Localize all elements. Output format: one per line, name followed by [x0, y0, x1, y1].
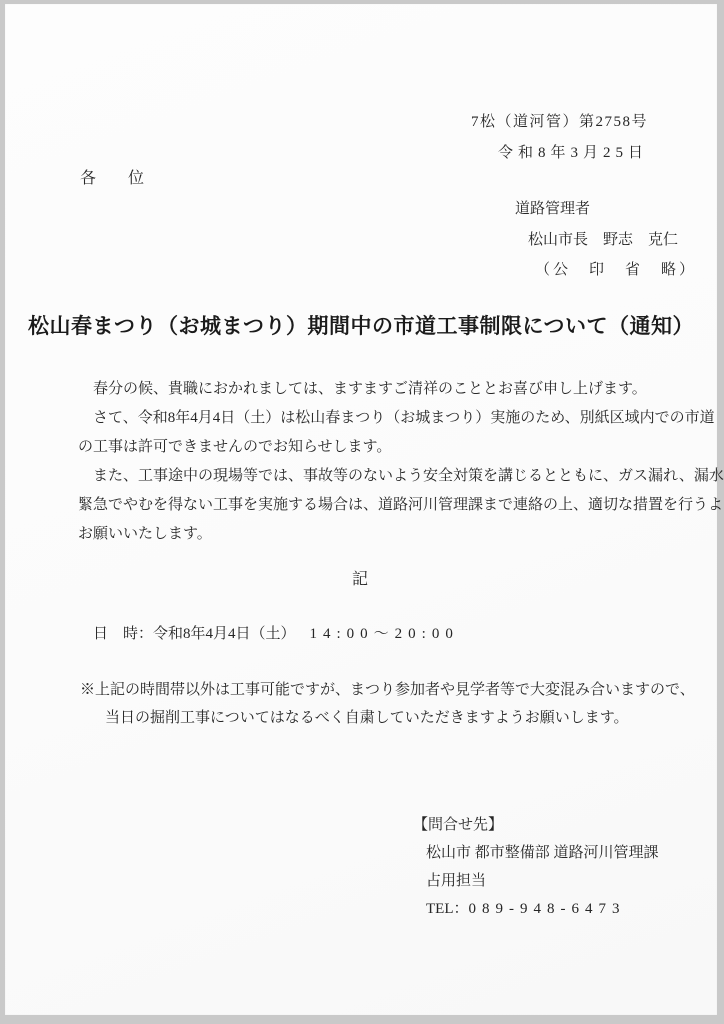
contact-heading: 【問合せ先】 [413, 816, 503, 835]
body-line: さて、令和8年4月4日（土）は松山春まつり（お城まつり）実施のため、別紙区域内で… [78, 404, 724, 433]
tel-label: TEL： [426, 901, 469, 917]
body-line: 春分の候、貴職におかれましては、ますますご清祥のこととお喜び申し上げます。 [78, 375, 724, 404]
issue-date: 令和8年3月25日 [498, 144, 648, 163]
document-number: 7松（道河管）第2758号 [471, 113, 648, 132]
contact-department: 松山市 都市整備部 道路河川管理課 [426, 844, 659, 863]
schedule-line: 日 時：令和8年4月4日（土）14:00～20:00 [93, 625, 459, 644]
paper: 7松（道河管）第2758号 令和8年3月25日 各 位 道路管理者 松山市長 野… [5, 4, 717, 1015]
seal-omitted-note: （公 印 省 略） [535, 261, 697, 280]
contact-section: 占用担当 [426, 872, 486, 891]
body-line: の工事は許可できませんのでお知らせします。 [78, 433, 724, 462]
scanned-page: 7松（道河管）第2758号 令和8年3月25日 各 位 道路管理者 松山市長 野… [0, 0, 724, 1024]
tel-number: 089-948-6473 [469, 901, 626, 917]
schedule-time: 14:00～20:00 [310, 626, 459, 642]
sender-name: 松山市長 野志 克仁 [528, 231, 678, 250]
schedule-label: 日 時：令和8年4月4日（土） [93, 626, 296, 642]
body-paragraphs: 春分の候、貴職におかれましては、ますますご清祥のこととお喜び申し上げます。 さて… [78, 375, 724, 549]
note-line-1: ※上記の時間帯以外は工事可能ですが、まつり参加者や見学者等で大変混み合いますので… [80, 681, 695, 700]
contact-tel: TEL：089-948-6473 [426, 900, 626, 919]
document-title: 松山春まつり（お城まつり）期間中の市道工事制限について（通知） [5, 314, 717, 340]
body-line: お願いいたします。 [78, 520, 724, 549]
sender-role: 道路管理者 [515, 200, 590, 219]
note-line-2: 当日の掘削工事についてはなるべく自粛していただきますようお願いします。 [105, 709, 629, 728]
body-line: また、工事途中の現場等では、事故等のないよう安全対策を講じるとともに、ガス漏れ、… [78, 462, 724, 491]
body-line: 緊急でやむを得ない工事を実施する場合は、道路河川管理課まで連絡の上、適切な措置を… [78, 491, 724, 520]
record-heading: 記 [5, 570, 717, 590]
recipient: 各 位 [80, 169, 144, 189]
